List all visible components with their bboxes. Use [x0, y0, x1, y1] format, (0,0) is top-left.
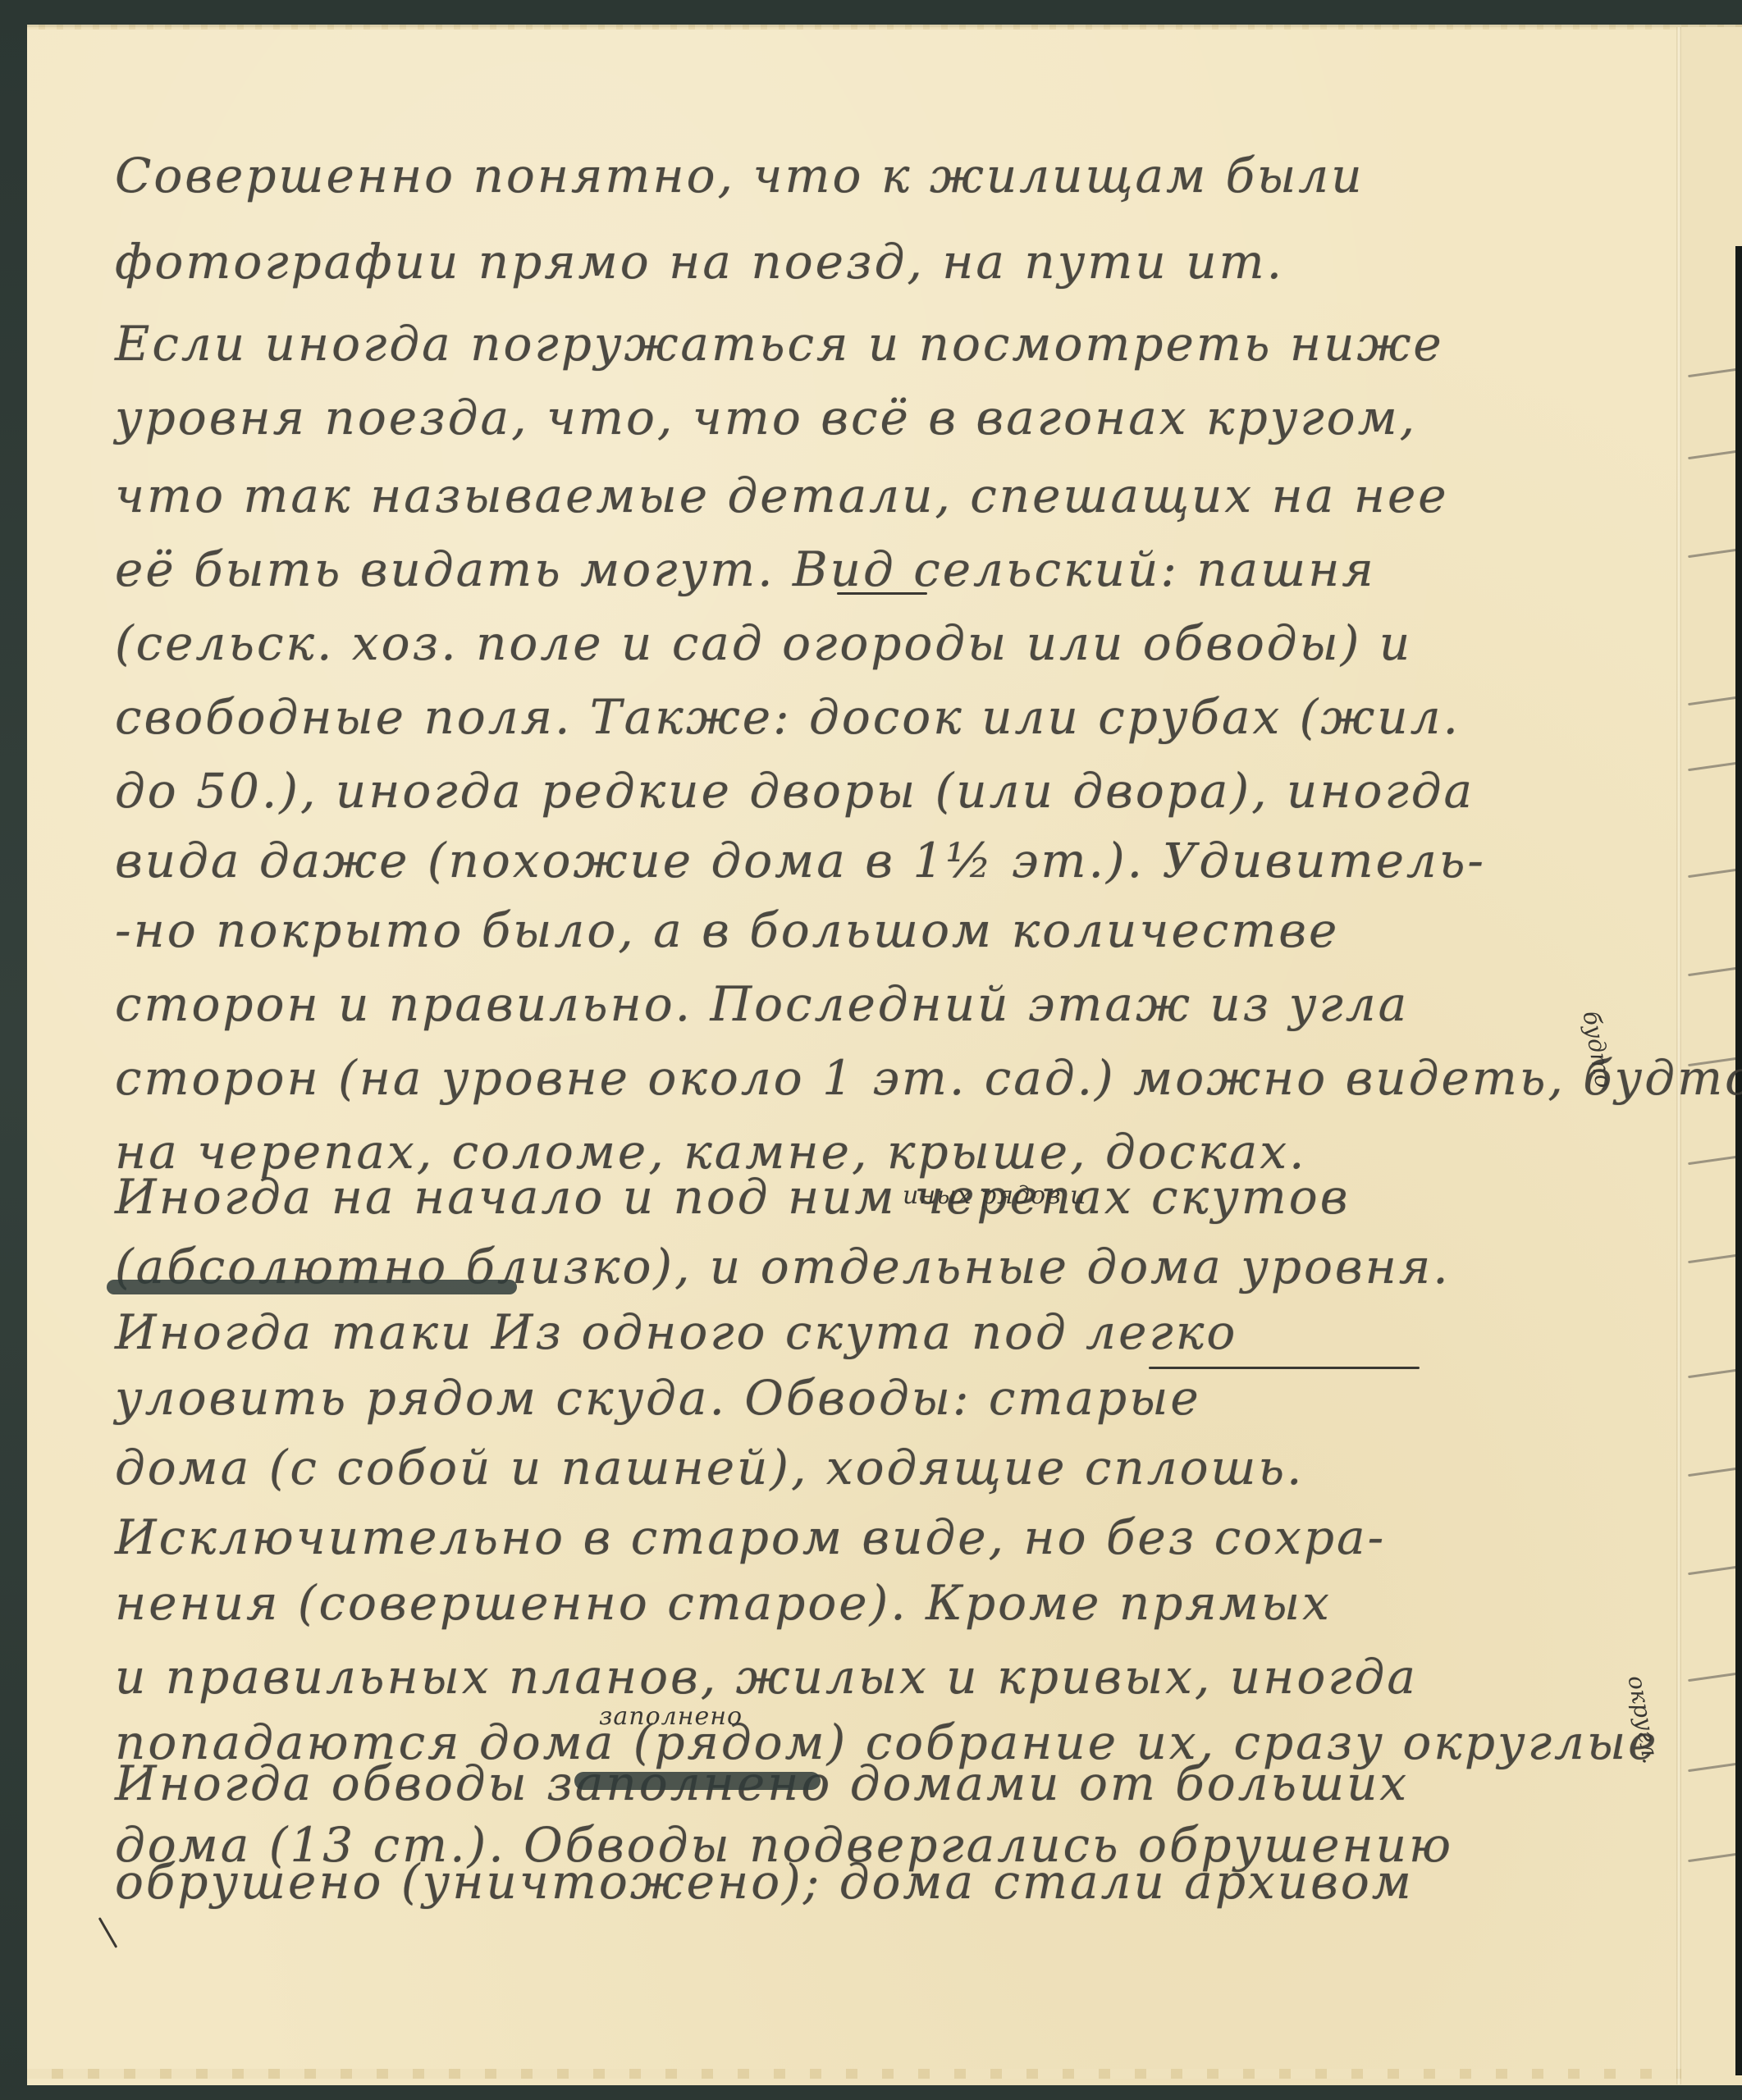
strikethrough-mark: [107, 1280, 517, 1294]
strikethrough-mark: [574, 1772, 821, 1790]
stray-pen-mark: [98, 1917, 118, 1948]
text-line: (сельск. хоз. поле и сад огороды или обв…: [115, 615, 1657, 671]
text-line: сторон и правильно. Последний этаж из уг…: [115, 976, 1657, 1032]
text-line: фотографии прямо на поезд, на пути ит.: [115, 234, 1657, 290]
text-line: Иногда обводы заполнено домами от больши…: [115, 1755, 1657, 1811]
text-line: нения (совершенно старое). Кроме прямых: [115, 1575, 1657, 1631]
text-line: вида даже (похожие дома в 1½ эт.). Удиви…: [115, 833, 1657, 888]
interlinear-insertion: иных рядов и: [903, 1181, 1086, 1210]
underline-mark: [1149, 1367, 1420, 1369]
text-line: дома (с собой и пашней), ходящие сплошь.: [115, 1440, 1657, 1495]
text-line: сторон (на уровне около 1 эт. сад.) можн…: [115, 1050, 1657, 1106]
underline-mark: [837, 592, 927, 595]
interlinear-insertion: заполнено: [599, 1702, 743, 1731]
text-line: Иногда таки Из одного скута под легко: [115, 1304, 1657, 1360]
text-line: уловить рядом скуда. Обводы: старые: [115, 1370, 1657, 1426]
text-line: до 50.), иногда редкие дворы (или двора)…: [115, 763, 1657, 819]
text-line: свободные поля. Также: досок или срубах …: [115, 689, 1657, 745]
text-line: её быть видать могут. Вид сельский: пашн…: [115, 541, 1657, 597]
text-line: что так называемые детали, спешащих на н…: [115, 468, 1657, 523]
text-line: Если иногда погружаться и посмотреть ниж…: [115, 316, 1657, 372]
text-line: уровня поезда, что, что всё в вагонах кр…: [115, 390, 1657, 445]
text-line: -но покрыто было, а в большом количестве: [115, 902, 1657, 958]
text-line: и правильных планов, жилых и кривых, ино…: [115, 1649, 1657, 1705]
text-line: Совершенно понятно, что к жилищам были: [115, 148, 1657, 203]
text-line: Иногда на начало и под ним черепах скуто…: [115, 1169, 1657, 1225]
handwritten-text-block: Совершенно понятно, что к жилищам были ф…: [0, 0, 1742, 2100]
text-line: Исключительно в старом виде, но без сохр…: [115, 1509, 1657, 1565]
text-line: обрушено (уничтожено); дома стали архиво…: [115, 1854, 1657, 1910]
